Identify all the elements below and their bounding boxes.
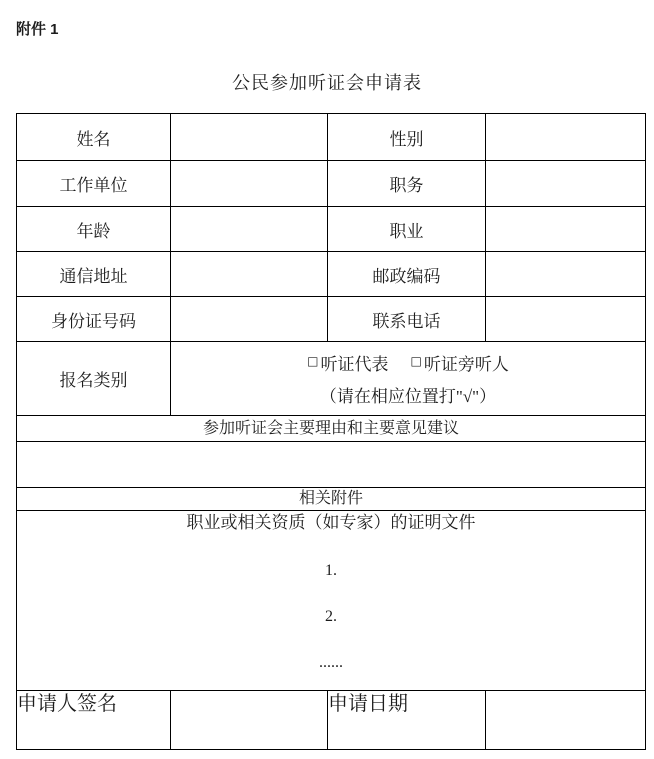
gender-label: 性别	[328, 114, 486, 161]
position-input-cell[interactable]	[486, 161, 646, 207]
postal-code-label: 邮政编码	[328, 252, 486, 297]
hearing-representative-option[interactable]: □ 听证代表	[307, 350, 388, 375]
postal-code-input-cell[interactable]	[486, 252, 646, 297]
date-label: 申请日期	[328, 691, 486, 750]
position-label: 职务	[328, 161, 486, 207]
name-input-cell[interactable]	[171, 114, 328, 161]
attachment-item-2: 2.	[17, 607, 645, 627]
age-input-cell[interactable]	[171, 207, 328, 252]
attachments-description: 职业或相关资质（如专家）的证明文件	[17, 511, 645, 535]
work-unit-label: 工作单位	[17, 161, 171, 207]
attachment-item-ellipsis: ......	[17, 653, 645, 673]
gender-input-cell[interactable]	[486, 114, 646, 161]
address-label: 通信地址	[17, 252, 171, 297]
work-unit-input-cell[interactable]	[171, 161, 328, 207]
table-row-attachments-header: 相关附件	[17, 488, 646, 511]
reason-section-header: 参加听证会主要理由和主要意见建议	[17, 416, 646, 442]
hearing-observer-option-label: 听证旁听人	[424, 350, 509, 375]
category-label: 报名类别	[17, 342, 171, 416]
document-page: 附件 1 公民参加听证会申请表 姓名 性别 工作单位 职务 年龄	[0, 0, 654, 759]
table-row-signature-date: 申请人签名 申请日期	[17, 691, 646, 750]
id-number-label: 身份证号码	[17, 297, 171, 342]
age-label: 年龄	[17, 207, 171, 252]
category-options-block: □ 听证代表 □ 听证旁听人 （请在相应位置打"√"）	[171, 342, 645, 415]
attachments-section-header: 相关附件	[17, 488, 646, 511]
signature-input-cell[interactable]	[171, 691, 328, 750]
name-label: 姓名	[17, 114, 171, 161]
application-form-table: 姓名 性别 工作单位 职务 年龄 职业 通信地址 邮政编码	[16, 113, 646, 750]
phone-input-cell[interactable]	[486, 297, 646, 342]
attachment-item-1: 1.	[17, 561, 645, 581]
hearing-representative-option-label: 听证代表	[321, 350, 389, 375]
phone-label: 联系电话	[328, 297, 486, 342]
table-row-age-occupation: 年龄 职业	[17, 207, 646, 252]
category-options-cell: □ 听证代表 □ 听证旁听人 （请在相应位置打"√"）	[171, 342, 646, 416]
occupation-input-cell[interactable]	[486, 207, 646, 252]
table-row-reason-header: 参加听证会主要理由和主要意见建议	[17, 416, 646, 442]
date-input-cell[interactable]	[486, 691, 646, 750]
reason-input-cell[interactable]	[17, 442, 646, 488]
occupation-label: 职业	[328, 207, 486, 252]
address-input-cell[interactable]	[171, 252, 328, 297]
id-number-input-cell[interactable]	[171, 297, 328, 342]
page-title: 公民参加听证会申请表	[0, 71, 654, 95]
table-row-id-phone: 身份证号码 联系电话	[17, 297, 646, 342]
table-row-reason-value	[17, 442, 646, 488]
table-row-category: 报名类别 □ 听证代表 □ 听证旁听人	[17, 342, 646, 416]
category-options-line: □ 听证代表 □ 听证旁听人	[307, 350, 509, 375]
attachment-label: 附件 1	[16, 19, 59, 40]
attachments-input-cell[interactable]: 职业或相关资质（如专家）的证明文件 1. 2. ......	[17, 511, 646, 691]
hearing-observer-option[interactable]: □ 听证旁听人	[411, 350, 509, 375]
checkbox-icon[interactable]: □	[307, 355, 318, 367]
category-note: （请在相应位置打"√"）	[320, 382, 496, 407]
signature-label: 申请人签名	[17, 691, 171, 750]
table-row-workunit-position: 工作单位 职务	[17, 161, 646, 207]
table-row-attachments: 职业或相关资质（如专家）的证明文件 1. 2. ......	[17, 511, 646, 691]
table-row-name-gender: 姓名 性别	[17, 114, 646, 161]
checkbox-icon[interactable]: □	[411, 355, 422, 367]
table-row-address-postcode: 通信地址 邮政编码	[17, 252, 646, 297]
